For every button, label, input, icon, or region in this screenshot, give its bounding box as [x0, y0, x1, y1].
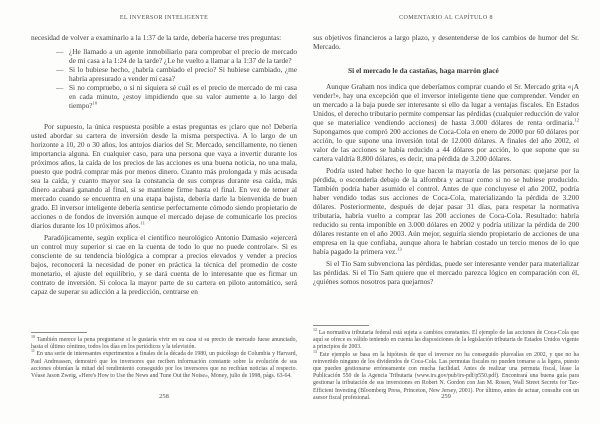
right-page: COMENTARIO AL CAPÍTULO 8 sus objetivos f… [313, 0, 579, 424]
footnote-separator [313, 325, 369, 326]
paragraph-text: Aunque Graham nos indica que deberíamos … [313, 82, 579, 127]
left-page: EL INVERSOR INTELIGENTE necesidad de vol… [31, 0, 297, 424]
right-intro-paragraph: sus objetivos financieros a largo plazo,… [313, 33, 579, 51]
paragraph-text: Si el Tío Sam subvenciona las pérdidas, … [313, 259, 579, 286]
footnote-reference: 10 [93, 101, 98, 106]
question-item: — ¿He llamado a un agente inmobiliario p… [31, 47, 297, 65]
body-paragraph: Paradójicamente, según explica el cientí… [31, 233, 297, 296]
question-text: Si lo hubiese hecho, ¿habría cambiado el… [69, 65, 297, 83]
footnote-reference: 11 [140, 221, 144, 226]
footnote: 11 En una serie de interesantes experime… [31, 351, 297, 380]
question-item: — Si lo hubiese hecho, ¿habría cambiado … [31, 65, 297, 83]
paragraph-text: Por supuesto, la única respuesta posible… [31, 122, 297, 230]
paragraph-text: Supongamos que compró 200 acciones de Co… [313, 127, 579, 163]
footnote: 10 También merece la pena preguntarse si… [31, 337, 297, 351]
footnote-text: La normativa tributaria federal está suj… [313, 330, 579, 350]
body-paragraph: Si el Tío Sam subvenciona las pérdidas, … [313, 259, 579, 286]
body-paragraph: Podría usted haber hecho lo que hacen la… [313, 166, 579, 256]
body-paragraph: Aunque Graham nos indica que deberíamos … [313, 82, 579, 163]
footnote-number: 12 [313, 327, 317, 332]
question-item: — Si no compruebo, o si ni siquiera sé c… [31, 83, 297, 110]
right-running-head: COMENTARIO AL CAPÍTULO 8 [313, 15, 579, 21]
paragraph-text: Paradójicamente, según explica el cientí… [31, 233, 297, 296]
question-list: — ¿He llamado a un agente inmobiliario p… [31, 47, 297, 110]
footnote-text: También merece la pena preguntarse si le… [31, 337, 297, 350]
footnote: 12 La normativa tributaria federal está … [313, 330, 579, 352]
footnote-number: 10 [31, 334, 35, 339]
section-heading: Si el mercado le da castañas, haga marró… [348, 66, 579, 75]
footnote-text: En una serie de interesantes experimento… [31, 351, 297, 379]
dash-bullet: — [56, 65, 63, 74]
page-number: 259 [313, 393, 579, 400]
footnote-number: 13 [313, 349, 317, 354]
footnote-separator [31, 332, 87, 333]
left-footnotes: 10 También merece la pena preguntarse si… [31, 332, 297, 380]
paragraph-text: Podría usted haber hecho lo que hacen la… [313, 166, 579, 256]
dash-bullet: — [56, 83, 63, 92]
question-text: ¿He llamado a un agente inmobiliario par… [69, 47, 297, 65]
footnote-number: 11 [31, 348, 35, 353]
left-body-column: necesidad de volver a examinarlo a la 1:… [31, 33, 297, 296]
dash-bullet: — [56, 47, 63, 56]
left-running-head: EL INVERSOR INTELIGENTE [31, 15, 297, 21]
right-footnotes: 12 La normativa tributaria federal está … [313, 325, 579, 402]
footnote-reference: 12 [574, 118, 579, 123]
body-paragraph: Por supuesto, la única respuesta posible… [31, 122, 297, 230]
footnote-reference: 13 [397, 247, 402, 252]
page-number: 258 [31, 393, 297, 400]
question-text: Si no compruebo, o si ni siquiera sé cuá… [69, 83, 297, 110]
right-body-column: sus objetivos financieros a largo plazo,… [313, 33, 579, 286]
left-intro-paragraph: necesidad de volver a examinarlo a la 1:… [31, 33, 297, 42]
